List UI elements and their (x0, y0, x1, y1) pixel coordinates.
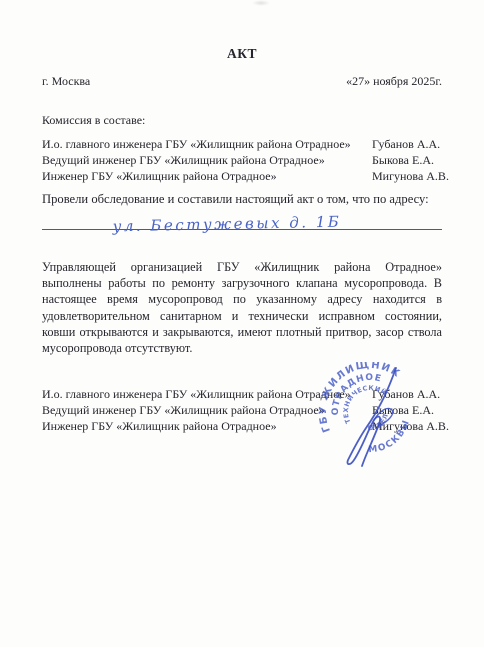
commission-heading: Комиссия в составе: (42, 113, 442, 128)
commission-name: Губанов А.А. (372, 136, 442, 152)
document-content: АКТ г. Москва «27» ноября 2025г. Комисси… (0, 0, 484, 434)
commission-name: Быкова Е.А. (372, 152, 442, 168)
address-blank-line: ул. Бестужевых д. 1Б (42, 207, 442, 230)
signature-name: Быкова Е.А. (372, 402, 442, 418)
document-title: АКТ (42, 0, 442, 62)
statement-body: Управляющей организацией ГБУ «Жилищник р… (42, 259, 442, 356)
commission-role: И.о. главного инженера ГБУ «Жилищник рай… (42, 136, 351, 152)
signature-role: Ведущий инженер ГБУ «Жилищник района Отр… (42, 402, 325, 418)
commission-row: Инженер ГБУ «Жилищник района Отрадное» М… (42, 168, 442, 184)
commission-row: Ведущий инженер ГБУ «Жилищник района Отр… (42, 152, 442, 168)
signature-row: Инженер ГБУ «Жилищник района Отрадное» М… (42, 418, 442, 434)
signature-block: И.о. главного инженера ГБУ «Жилищник рай… (42, 386, 442, 434)
signature-name: Губанов А.А. (372, 386, 442, 402)
commission-role: Ведущий инженер ГБУ «Жилищник района Отр… (42, 152, 325, 168)
document-city: г. Москва (42, 74, 90, 89)
signature-name: Мигунова А.В. (372, 418, 442, 434)
statement-intro: Провели обследование и составили настоящ… (42, 191, 442, 207)
signature-row: Ведущий инженер ГБУ «Жилищник района Отр… (42, 402, 442, 418)
place-date-row: г. Москва «27» ноября 2025г. (42, 74, 442, 89)
handwritten-address: ул. Бестужевых д. 1Б (42, 211, 412, 237)
document-page: АКТ г. Москва «27» ноября 2025г. Комисси… (0, 0, 484, 647)
signature-role: Инженер ГБУ «Жилищник района Отрадное» (42, 418, 277, 434)
commission-name: Мигунова А.В. (372, 168, 442, 184)
commission-row: И.о. главного инженера ГБУ «Жилищник рай… (42, 136, 442, 152)
signature-role: И.о. главного инженера ГБУ «Жилищник рай… (42, 386, 351, 402)
commission-role: Инженер ГБУ «Жилищник района Отрадное» (42, 168, 277, 184)
commission-list: И.о. главного инженера ГБУ «Жилищник рай… (42, 136, 442, 184)
document-date: «27» ноября 2025г. (346, 74, 442, 89)
signature-row: И.о. главного инженера ГБУ «Жилищник рай… (42, 386, 442, 402)
